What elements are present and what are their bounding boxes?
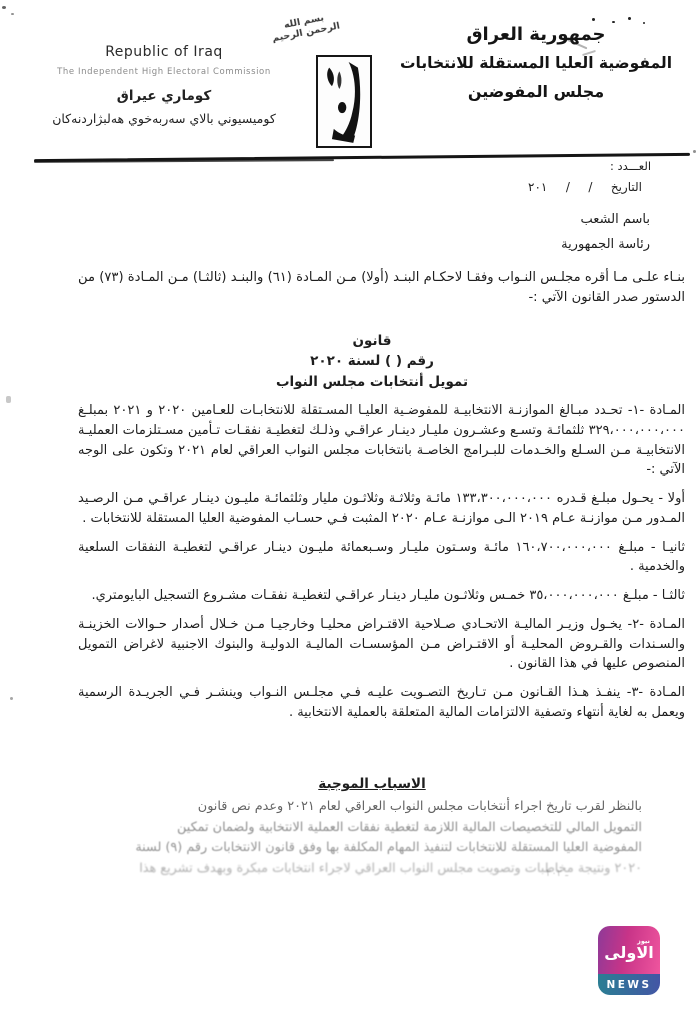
scan-noise-dot [643, 22, 645, 24]
bismillah-calligraphy: بسم الله الرحمن الرحيم [265, 9, 346, 45]
document-date-row: ٢٠١ / / التاريخ [528, 180, 642, 194]
law-title: قانون [0, 331, 699, 351]
scan-noise-dot [693, 150, 696, 153]
news-channel-watermark: نيوز الاولى NEWS [598, 926, 660, 995]
date-slash: / [566, 180, 570, 194]
article-2-paragraph: المـادة -٢- يخـول وزيـر الماليـة الاتحـا… [78, 615, 685, 674]
reasons-line: المفوضية العليا المستقلة للانتخابات لتنف… [84, 838, 642, 859]
article-1-paragraph: المـادة -١- تحـدد مبـالغ الموازنـة الانت… [78, 401, 685, 480]
law-body: المـادة -١- تحـدد مبـالغ الموازنـة الانت… [78, 401, 685, 732]
presidency-of-republic: رئاسة الجمهورية [561, 237, 650, 252]
republic-of-iraq-ku: كوماري عيراق [28, 88, 300, 104]
commission-name-ar: المفوضية العليا المستقلة للانتخابات [381, 54, 691, 72]
document-page: Republic of Iraq The Independent High El… [0, 0, 699, 1024]
clause-second-paragraph: ثانيـا - مبلـغ ١٦٠،٧٠٠،٠٠٠،٠٠٠ مائـة وسـ… [78, 538, 685, 578]
scan-noise-dot [628, 17, 631, 20]
scan-noise-dot [612, 21, 615, 23]
scan-noise-dot [10, 697, 13, 700]
date-label: التاريخ [611, 180, 642, 194]
clause-first-paragraph: أولا - يحـول مبلـغ قـدره ١٣٣،٣٠٠،٠٠٠،٠٠٠… [78, 489, 685, 529]
date-slash: / [588, 180, 592, 194]
reasons-line: بالنظر لقرب تاريخ اجراء أنتخابات مجلس ال… [84, 797, 642, 818]
scan-noise-dot [592, 18, 595, 21]
reasons-title: الاسباب الموجبة [0, 776, 699, 792]
scan-noise-dot [11, 13, 14, 15]
faded-scan-mark: ـ ٢٠٢ [546, 868, 568, 879]
document-number-label: العـــدد : [610, 159, 651, 173]
clause-third-paragraph: ثالثـا - مبلـغ ٣٥،٠٠٠،٠٠٠،٠٠٠ خمـس وثلاث… [78, 586, 685, 606]
law-heading-block: قانون رقم ( ) لسنة ٢٠٢٠ تمويل أنتخابات م… [0, 331, 699, 392]
news-logo-top: نيوز الاولى [598, 926, 660, 974]
scan-noise-dot [2, 6, 6, 9]
date-year: ٢٠١ [528, 180, 547, 194]
republic-of-iraq-ar: جمهورية العراق [381, 24, 691, 45]
commission-name-ku: كوميسيوني بالاي سه‌ربه‌خوي هه‌لبژاردنه‌ك… [28, 111, 300, 126]
law-subject: تمويل أنتخابات مجلس النواب [0, 372, 699, 392]
reasons-line: التمويل المالي للتخصيصات المالية اللازمة… [84, 818, 642, 839]
republic-of-iraq-en: Republic of Iraq [28, 44, 300, 60]
article-3-paragraph: المـادة -٣- ينفـذ هـذا القـانون مـن تـار… [78, 683, 685, 723]
constitutional-preamble: بنـاء علـى مـا أقره مجلـس النـواب وفقـا … [78, 268, 685, 309]
header-right-block: جمهورية العراق المفوضية العليا المستقلة … [381, 24, 691, 101]
news-arabic-name: الاولى [604, 944, 654, 962]
commission-name-en: The Independent High Electoral Commissio… [28, 67, 300, 77]
board-of-commissioners-ar: مجلس المفوضين [381, 82, 691, 101]
law-number-line: رقم ( ) لسنة ٢٠٢٠ [0, 351, 699, 371]
header-left-block: Republic of Iraq The Independent High El… [28, 44, 300, 126]
scan-noise-dot [6, 396, 11, 403]
ihec-emblem-icon [316, 55, 372, 148]
in-the-name-of-people: باسم الشعب [581, 212, 650, 227]
news-band-label: NEWS [598, 974, 660, 995]
